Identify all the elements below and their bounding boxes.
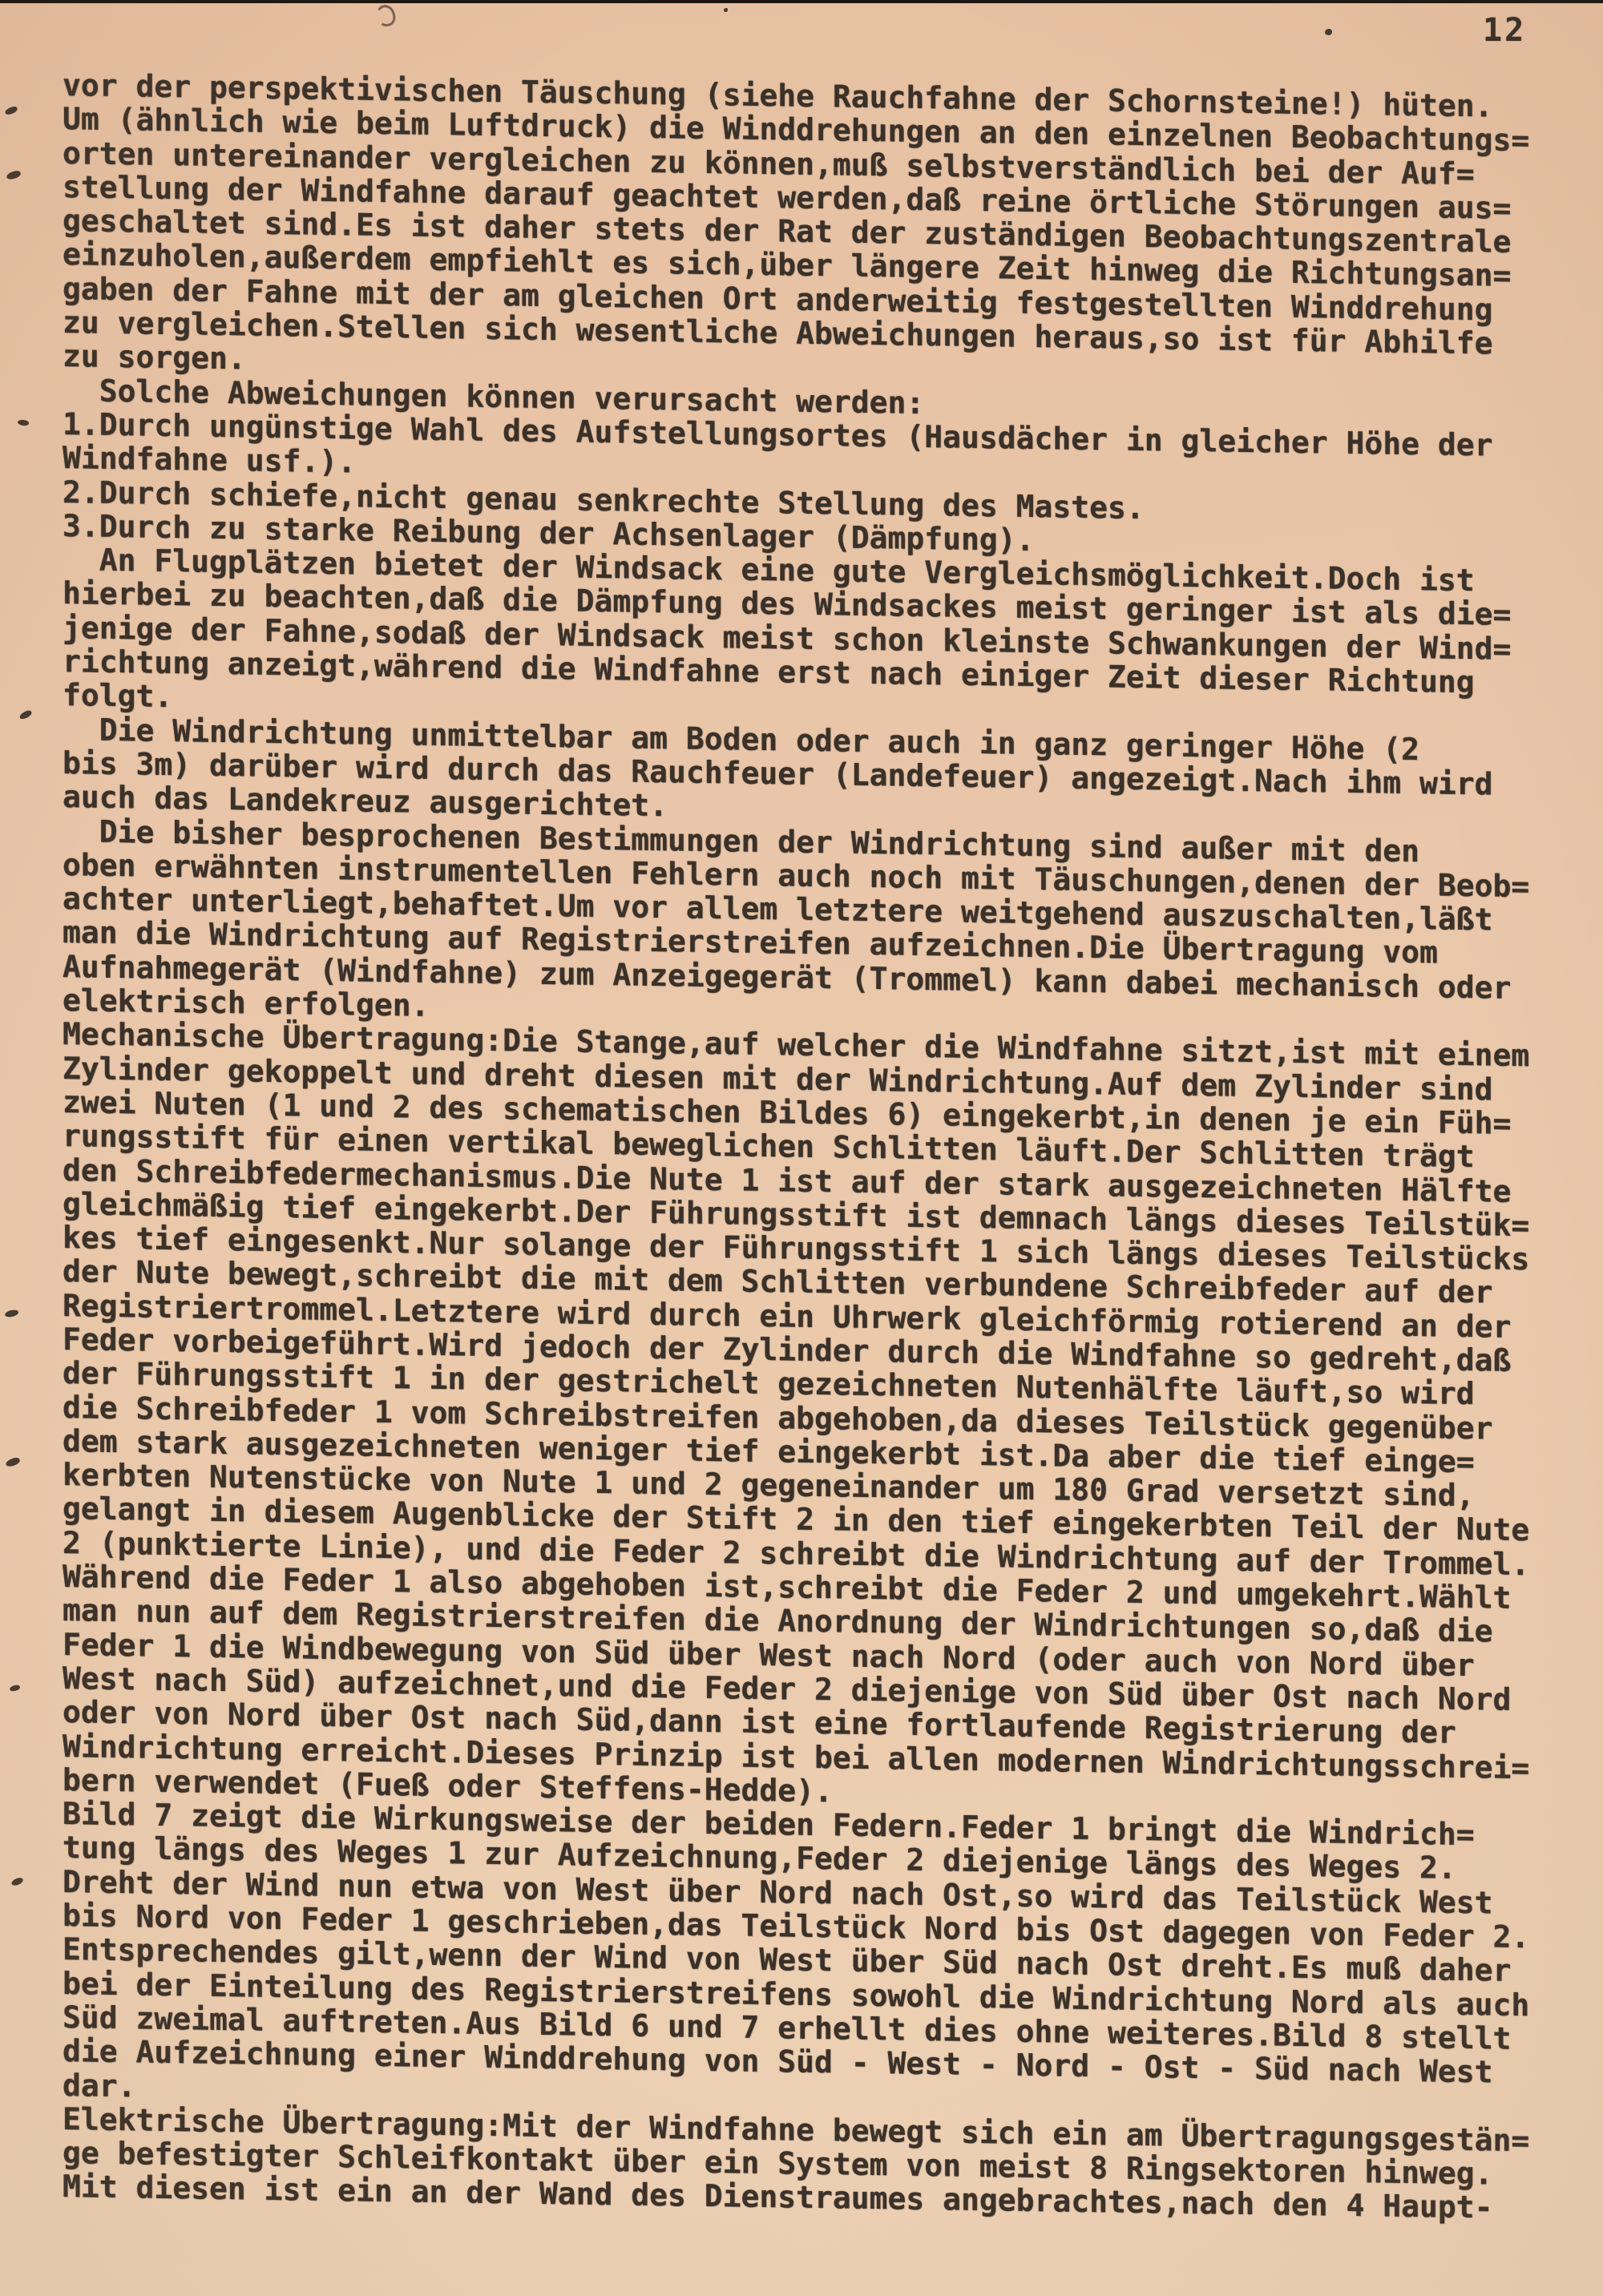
ink-speck: [18, 709, 33, 720]
ink-speck: [724, 8, 728, 12]
ink-speck: [10, 1877, 24, 1887]
typewritten-text-block: vor der perspektivischen Täuschung (sieh…: [63, 68, 1601, 2226]
ink-speck: [1325, 29, 1332, 35]
ink-speck: [6, 170, 22, 180]
ink-speck: [4, 1309, 18, 1318]
handwritten-circle-mark: [374, 3, 397, 28]
ink-speck: [17, 419, 29, 426]
ink-speck: [4, 106, 18, 116]
ink-speck: [9, 1685, 20, 1693]
page-number: 12: [1483, 14, 1526, 46]
ink-speck: [5, 1456, 21, 1467]
scan-edge-top: [0, 0, 1603, 3]
